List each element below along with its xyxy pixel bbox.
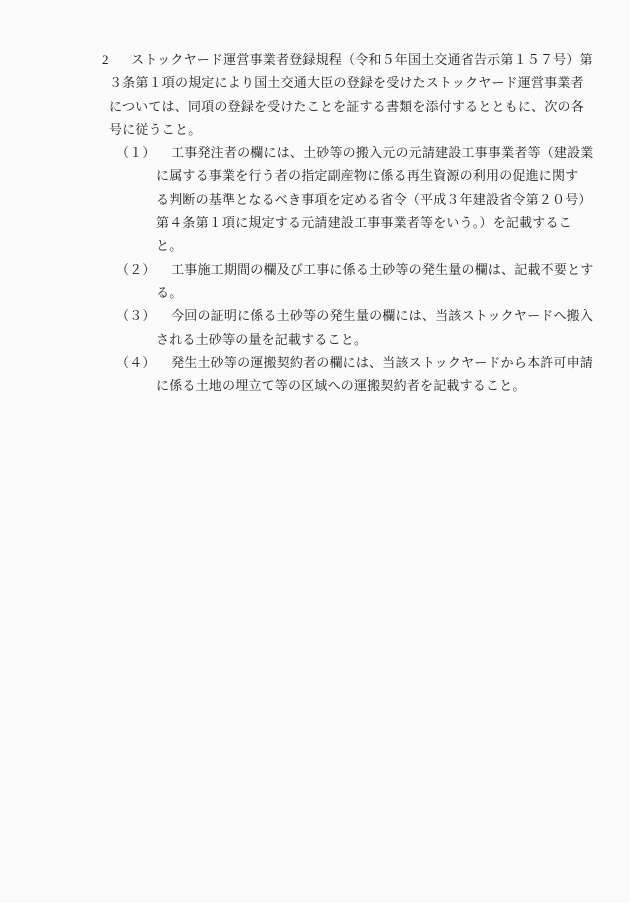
item-1-line-1: （１） 工事発注者の欄には、土砂等の搬入元の元請建設工事事業者等（建設業 xyxy=(102,141,612,164)
item-1-line-4: 第４条第１項に規定する元請建設工事事業者等をいう。）を記載するこ xyxy=(102,211,612,234)
item-4-text: 発生土砂等の運搬契約者の欄には、当該ストックヤードから本許可申請 xyxy=(171,355,593,370)
section-number: 2 xyxy=(102,48,109,71)
section-2-line-4: 号に従うこと。 xyxy=(102,118,612,141)
item-4: （４） 発生土砂等の運搬契約者の欄には、当該ストックヤードから本許可申請 に係る… xyxy=(102,351,612,398)
item-3-text: 今回の証明に係る土砂等の発生量の欄には、当該ストックヤードへ搬入 xyxy=(171,308,593,323)
section-text: ストックヤード運営事業者登録規程（令和５年国土交通省告示第１５７号）第 xyxy=(131,52,593,67)
section-2-line-3: については、同項の登録を受けたことを証する書類を添付するとともに、次の各 xyxy=(102,95,612,118)
item-1-line-5: と。 xyxy=(102,234,612,257)
item-1-text: 工事発注者の欄には、土砂等の搬入元の元請建設工事事業者等（建設業 xyxy=(171,145,593,160)
section-2-line-1: 2 ストックヤード運営事業者登録規程（令和５年国土交通省告示第１５７号）第 xyxy=(102,48,612,71)
item-4-label: （４） xyxy=(102,351,156,374)
document-content: 2 ストックヤード運営事業者登録規程（令和５年国土交通省告示第１５７号）第 ３条… xyxy=(102,48,612,397)
item-4-line-2: に係る土地の埋立て等の区域への運搬契約者を記載すること。 xyxy=(102,374,612,397)
section-2-line-2: ３条第１項の規定により国土交通大臣の登録を受けたストックヤード運営事業者 xyxy=(102,71,612,94)
item-1-label: （１） xyxy=(102,141,156,164)
item-2-line-2: る。 xyxy=(102,281,612,304)
item-2-text: 工事施工期間の欄及び工事に係る土砂等の発生量の欄は、記載不要とす xyxy=(171,262,593,277)
item-2-line-1: （２） 工事施工期間の欄及び工事に係る土砂等の発生量の欄は、記載不要とす xyxy=(102,258,612,281)
item-3-label: （３） xyxy=(102,304,156,327)
item-1-line-3: る判断の基準となるべき事項を定める省令（平成３年建設省令第２０号） xyxy=(102,188,612,211)
item-2: （２） 工事施工期間の欄及び工事に係る土砂等の発生量の欄は、記載不要とす る。 xyxy=(102,258,612,305)
item-3: （３） 今回の証明に係る土砂等の発生量の欄には、当該ストックヤードへ搬入 される… xyxy=(102,304,612,351)
item-1-line-2: に属する事業を行う者の指定副産物に係る再生資源の利用の促進に関す xyxy=(102,164,612,187)
document-page: 2 ストックヤード運営事業者登録規程（令和５年国土交通省告示第１５７号）第 ３条… xyxy=(0,0,630,903)
item-1: （１） 工事発注者の欄には、土砂等の搬入元の元請建設工事事業者等（建設業 に属す… xyxy=(102,141,612,257)
item-2-label: （２） xyxy=(102,258,156,281)
section-2-paragraph: 2 ストックヤード運営事業者登録規程（令和５年国土交通省告示第１５７号）第 ３条… xyxy=(102,48,612,141)
item-3-line-2: される土砂等の量を記載すること。 xyxy=(102,328,612,351)
item-3-line-1: （３） 今回の証明に係る土砂等の発生量の欄には、当該ストックヤードへ搬入 xyxy=(102,304,612,327)
item-4-line-1: （４） 発生土砂等の運搬契約者の欄には、当該ストックヤードから本許可申請 xyxy=(102,351,612,374)
